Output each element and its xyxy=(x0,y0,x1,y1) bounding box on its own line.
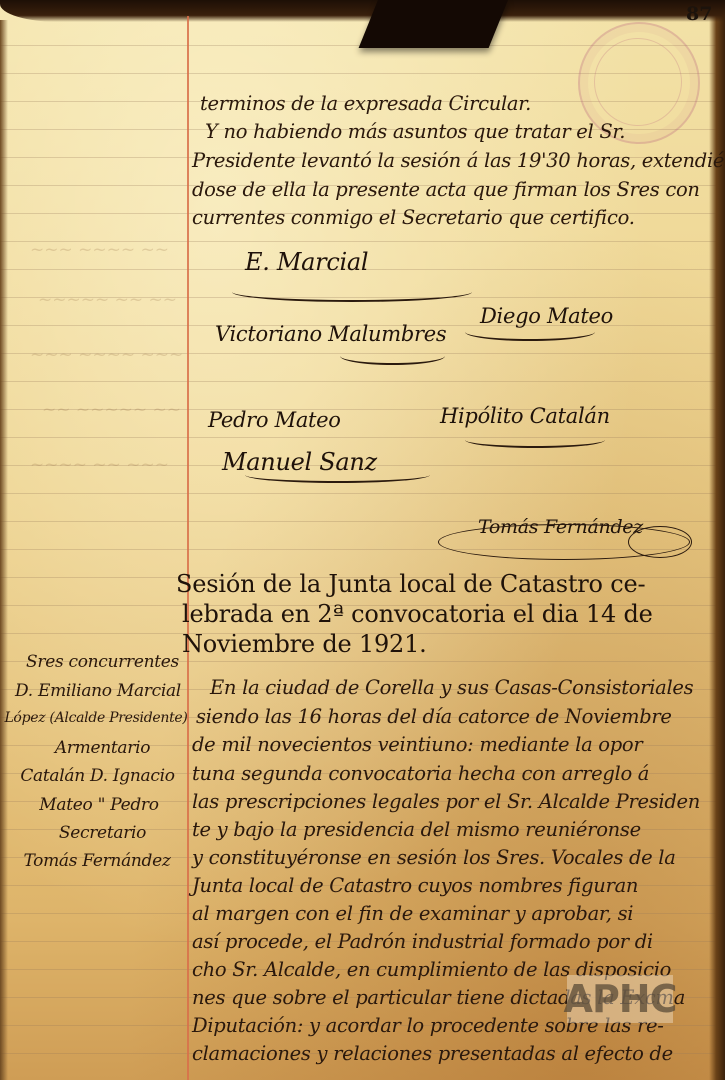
bleed-through-text: ~~~~ ~~ ~~~ xyxy=(30,455,169,475)
signature-pedro-mateo: Pedro Mateo xyxy=(208,408,341,432)
bleed-through-text: ~~~ ~~~~ ~~~ xyxy=(30,345,183,365)
session-body-line: al margen con el fin de examinar y aprob… xyxy=(192,902,633,925)
session-body-line: siendo las 16 horas del día catorce de N… xyxy=(196,705,672,728)
closing-line: Y no habiendo más asuntos que tratar el … xyxy=(205,120,625,143)
session-body-line: de mil novecientos veintiuno: mediante l… xyxy=(192,733,642,756)
bleed-through-text: ~~ ~~~~~ ~~ xyxy=(42,400,181,420)
margin-rule xyxy=(187,16,189,1080)
session-body-line: En la ciudad de Corella y sus Casas-Cons… xyxy=(210,676,693,699)
closing-line: Presidente levantó la sesión á las 19'30… xyxy=(192,149,725,172)
archive-watermark: APHC xyxy=(567,975,673,1023)
attendees-heading: Sres concurrentes xyxy=(20,652,185,672)
closing-line: currentes conmigo el Secretario que cert… xyxy=(192,206,635,229)
binding-shadow xyxy=(0,0,725,22)
signature-diego-mateo: Diego Mateo xyxy=(480,304,613,328)
session-body-line: Junta local de Catastro cuyos nombres fi… xyxy=(192,874,638,897)
secretary-name: Tomás Fernández xyxy=(8,851,186,871)
attendee-line: Mateo " Pedro xyxy=(14,795,184,815)
signature-loop-flourish xyxy=(628,526,692,558)
session-heading-line: Sesión de la Junta local de Catastro ce- xyxy=(176,570,645,598)
page-number: 87 xyxy=(686,3,712,25)
session-body-line: clamaciones y relaciones presentadas al … xyxy=(192,1042,673,1065)
attendee-line: Armentario xyxy=(20,738,185,758)
session-body-line: las prescripciones legales por el Sr. Al… xyxy=(192,790,700,813)
binding-flap xyxy=(359,0,508,48)
session-body-line: tuna segunda convocatoria hecha con arre… xyxy=(192,762,649,785)
ledger-page: 87 ~~~ ~~~~ ~~ ~~~~~ ~~ ~~ ~~~ ~~~~ ~~~ … xyxy=(0,0,725,1080)
signature-malumbres: Victoriano Malumbres xyxy=(215,322,446,346)
session-body-line: así procede, el Padrón industrial formad… xyxy=(192,930,653,953)
session-body-line: y constituyéronse en sesión los Sres. Vo… xyxy=(192,846,676,869)
attendee-line: D. Emiliano Marcial xyxy=(12,681,184,701)
session-heading-line: Noviembre de 1921. xyxy=(182,630,427,658)
attendee-line: López (Alcalde Presidente) xyxy=(4,710,188,726)
signature-marcial: E. Marcial xyxy=(245,248,368,276)
bleed-through-text: ~~~ ~~~~ ~~ xyxy=(30,240,169,260)
page-left-edge xyxy=(0,20,8,1080)
session-heading-line: lebrada en 2ª convocatoria el dia 14 de xyxy=(182,600,653,628)
session-body-line: te y bajo la presidencia del mismo reuni… xyxy=(192,818,641,841)
attendee-line: Catalán D. Ignacio xyxy=(10,766,185,786)
closing-line: dose de ella la presente acta que firman… xyxy=(192,178,700,201)
secretary-label: Secretario xyxy=(20,823,185,843)
bleed-through-text: ~~~~~ ~~ ~~ xyxy=(38,290,177,310)
signature-manuel-sanz: Manuel Sanz xyxy=(222,448,377,476)
seal-inner-ring xyxy=(594,38,682,126)
signature-hipolito-catalan: Hipólito Catalán xyxy=(440,404,610,428)
closing-line: terminos de la expresada Circular. xyxy=(200,92,531,115)
